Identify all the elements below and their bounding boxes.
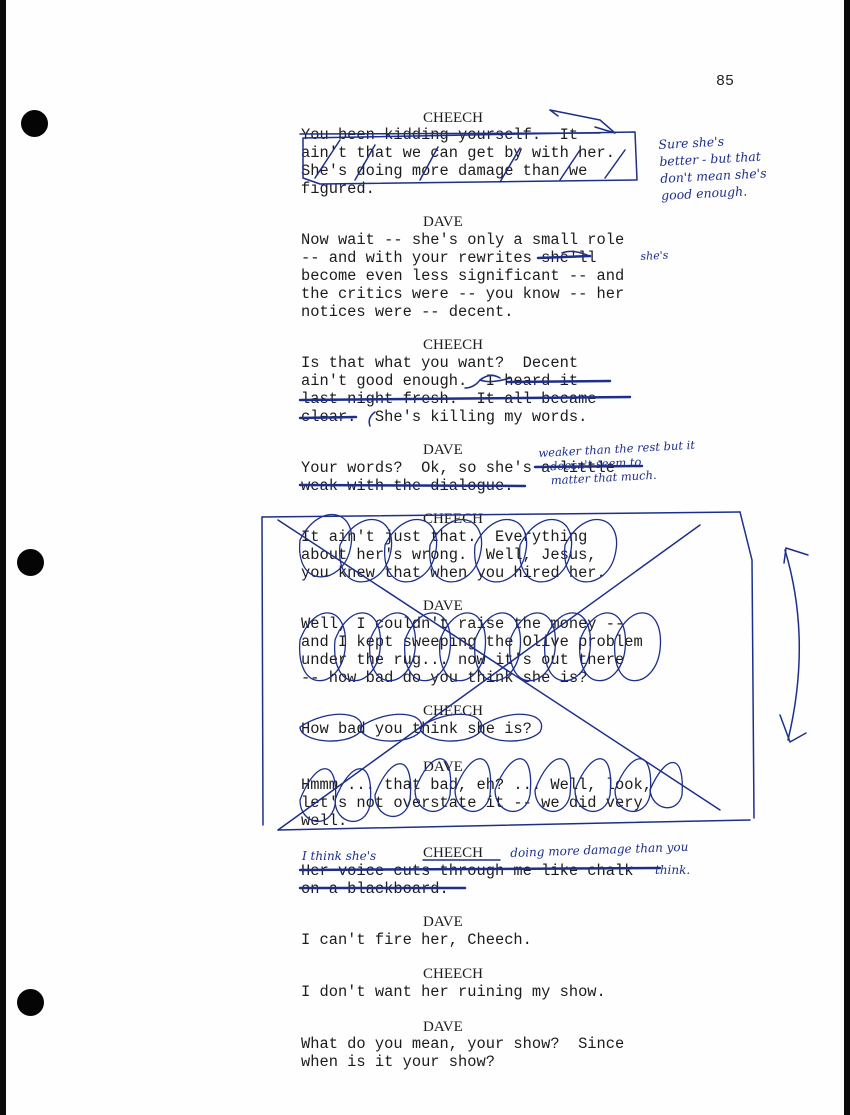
character-name: DAVE (423, 914, 463, 931)
handwritten-note-margin: Sure she's better - but that don't mean … (658, 130, 768, 203)
dialogue-line: I can't fire her, Cheech. (301, 931, 532, 949)
dialogue-line: notices were -- decent. (301, 303, 513, 321)
character-name: DAVE (423, 442, 463, 459)
dialogue-line: weak with the dialogue. (301, 477, 513, 495)
punch-hole-top (21, 110, 48, 137)
scan-edge-left (0, 0, 6, 1115)
handwritten-note-tail: think. (655, 862, 690, 879)
dialogue-line: well. (301, 812, 347, 830)
character-name: CHEECH (423, 845, 483, 862)
dialogue-line: on a blackboard. (301, 880, 449, 898)
dialogue-line: you knew that when you hired her. (301, 564, 606, 582)
handwritten-note-insert: she's (640, 247, 669, 265)
dialogue-line: She's doing more damage than we (301, 162, 587, 180)
handwritten-note-left: I think she's (302, 848, 376, 865)
dialogue-line: -- and with your rewrites she'll (301, 249, 597, 267)
dialogue-line: last night fresh. It all became (301, 390, 597, 408)
page-number: 85 (716, 73, 734, 90)
handwritten-note-margin: weaker than the rest but it doesn't seem… (538, 438, 697, 488)
character-name: DAVE (423, 1019, 463, 1036)
character-name: CHEECH (423, 110, 483, 127)
dialogue-line: Now wait -- she's only a small role (301, 231, 624, 249)
dialogue-line: You been kidding yourself. It (301, 126, 578, 144)
character-name: CHEECH (423, 337, 483, 354)
dialogue-line: let's not overstate it -- we did very (301, 794, 643, 812)
character-name: DAVE (423, 759, 463, 776)
scan-edge-right (844, 0, 850, 1115)
handwritten-note-right: doing more damage than you (510, 839, 689, 862)
dialogue-line: It ain't just that. Everything (301, 528, 587, 546)
dialogue-line: become even less significant -- and (301, 267, 624, 285)
character-name: CHEECH (423, 511, 483, 528)
dialogue-line: ain't good enough. I heard it (301, 372, 578, 390)
dialogue-line: What do you mean, your show? Since (301, 1035, 624, 1053)
punch-hole-middle (17, 549, 44, 576)
dialogue-line: How bad you think she is? (301, 720, 532, 738)
character-name: CHEECH (423, 966, 483, 983)
dialogue-line: clear. She's killing my words. (301, 408, 587, 426)
dialogue-line: Is that what you want? Decent (301, 354, 578, 372)
script-page: 85 CHEECH You been kidding yourself. It … (0, 0, 850, 1115)
dialogue-line: figured. (301, 180, 375, 198)
dialogue-line: under the rug... now it's out there (301, 651, 624, 669)
dialogue-line: Hmmm ... that bad, eh? ... Well, look, (301, 776, 652, 794)
character-name: CHEECH (423, 703, 483, 720)
dialogue-line: when is it your show? (301, 1053, 495, 1071)
dialogue-line: -- how bad do you think she is? (301, 669, 587, 687)
dialogue-line: I don't want her ruining my show. (301, 983, 606, 1001)
character-name: DAVE (423, 214, 463, 231)
dialogue-line: ain't that we can get by with her. (301, 144, 615, 162)
dialogue-line: the critics were -- you know -- her (301, 285, 624, 303)
dialogue-line: Well, I couldn't raise the money -- (301, 615, 624, 633)
punch-hole-bottom (17, 989, 44, 1016)
character-name: DAVE (423, 598, 463, 615)
dialogue-line: about her's wrong. Well, Jesus, (301, 546, 597, 564)
dialogue-line: and I kept sweeping the Olive problem (301, 633, 643, 651)
